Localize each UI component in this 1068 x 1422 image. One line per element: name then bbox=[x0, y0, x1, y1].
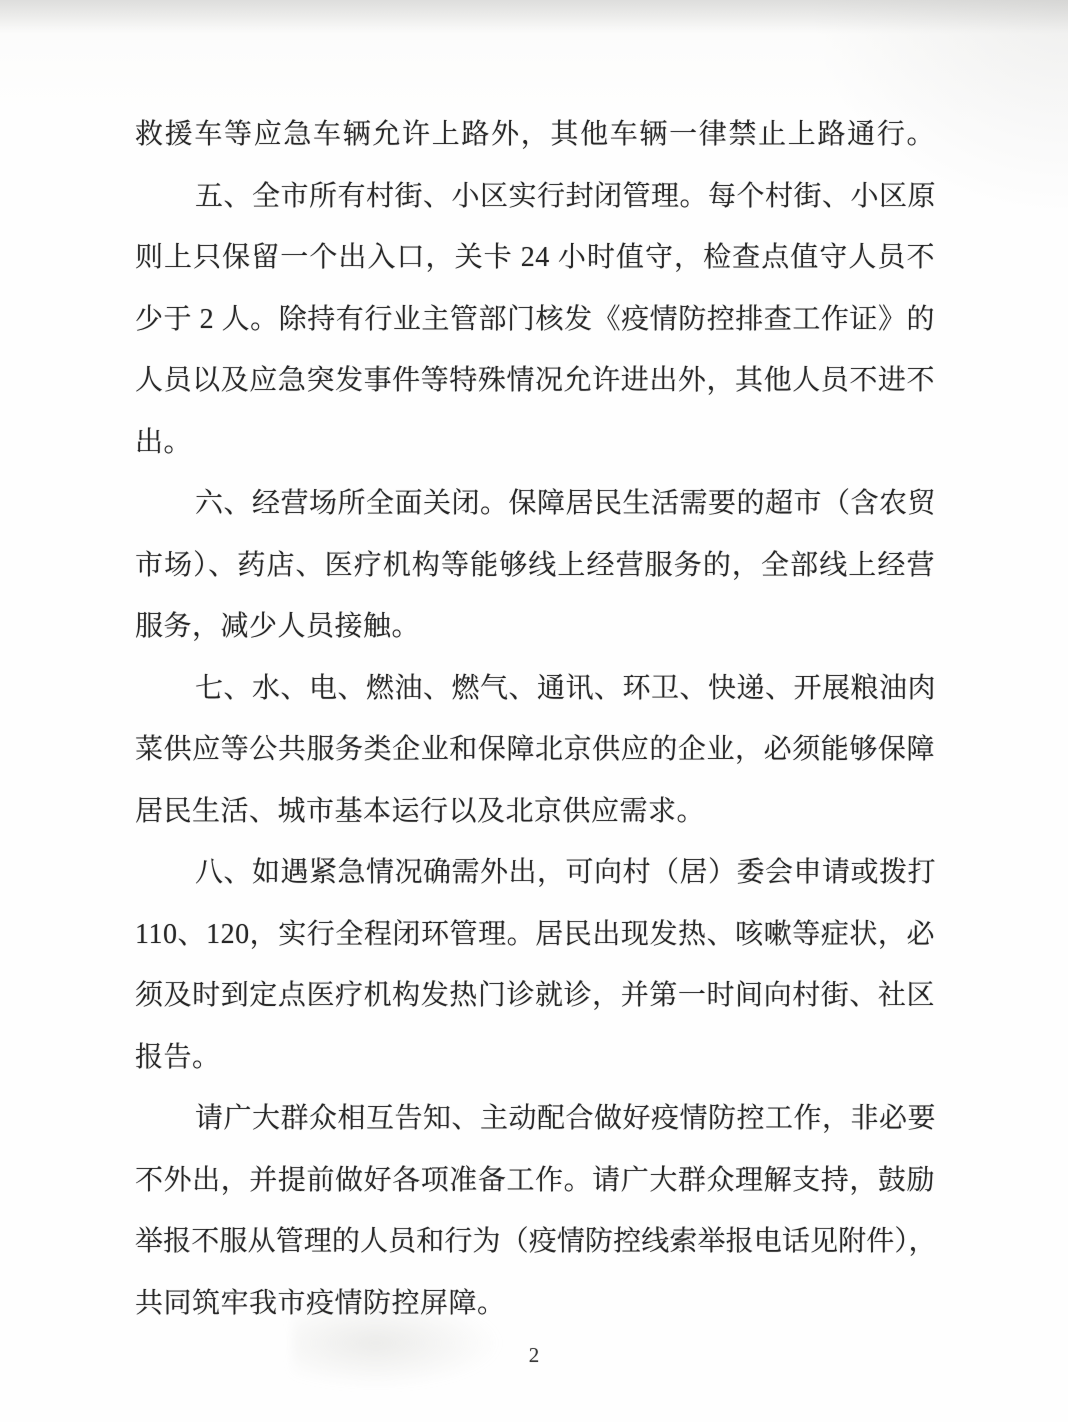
text-line: 须及时到定点医疗机构发热门诊就诊，并第一时间向村街、社区 bbox=[135, 965, 935, 1027]
text-line: 110、120，实行全程闭环管理。居民出现发热、咳嗽等症状，必 bbox=[135, 904, 935, 966]
text-line: 人员以及应急突发事件等特殊情况允许进出外，其他人员不进不 bbox=[135, 350, 935, 412]
text-line: 菜供应等公共服务类企业和保障北京供应的企业，必须能够保障 bbox=[135, 719, 935, 781]
text-line: 少于 2 人。除持有行业主管部门核发《疫情防控排查工作证》的 bbox=[135, 289, 935, 351]
document-body: 救援车等应急车辆允许上路外，其他车辆一律禁止上路通行。五、全市所有村街、小区实行… bbox=[135, 104, 935, 1334]
text-line: 居民生活、城市基本运行以及北京供应需求。 bbox=[135, 781, 935, 843]
scanned-document-page: 救援车等应急车辆允许上路外，其他车辆一律禁止上路通行。五、全市所有村街、小区实行… bbox=[0, 0, 1068, 1422]
text-line: 八、如遇紧急情况确需外出，可向村（居）委会申请或拨打 bbox=[135, 842, 935, 904]
text-line: 救援车等应急车辆允许上路外，其他车辆一律禁止上路通行。 bbox=[135, 104, 935, 166]
text-line: 六、经营场所全面关闭。保障居民生活需要的超市（含农贸 bbox=[135, 473, 935, 535]
scan-shadow-top bbox=[0, 0, 1068, 34]
text-line: 不外出，并提前做好各项准备工作。请广大群众理解支持，鼓励 bbox=[135, 1150, 935, 1212]
text-line: 请广大群众相互告知、主动配合做好疫情防控工作，非必要 bbox=[135, 1088, 935, 1150]
text-line: 服务，减少人员接触。 bbox=[135, 596, 935, 658]
text-line: 举报不服从管理的人员和行为（疫情防控线索举报电话见附件）， bbox=[135, 1211, 935, 1273]
text-line: 报告。 bbox=[135, 1027, 935, 1089]
page-number: 2 bbox=[0, 1340, 1068, 1370]
text-line: 七、水、电、燃油、燃气、通讯、环卫、快递、开展粮油肉 bbox=[135, 658, 935, 720]
text-line: 共同筑牢我市疫情防控屏障。 bbox=[135, 1273, 935, 1335]
text-line: 出。 bbox=[135, 412, 935, 474]
text-line: 市场）、药店、医疗机构等能够线上经营服务的，全部线上经营 bbox=[135, 535, 935, 597]
text-line: 则上只保留一个出入口，关卡 24 小时值守，检查点值守人员不 bbox=[135, 227, 935, 289]
text-line: 五、全市所有村街、小区实行封闭管理。每个村街、小区原 bbox=[135, 166, 935, 228]
